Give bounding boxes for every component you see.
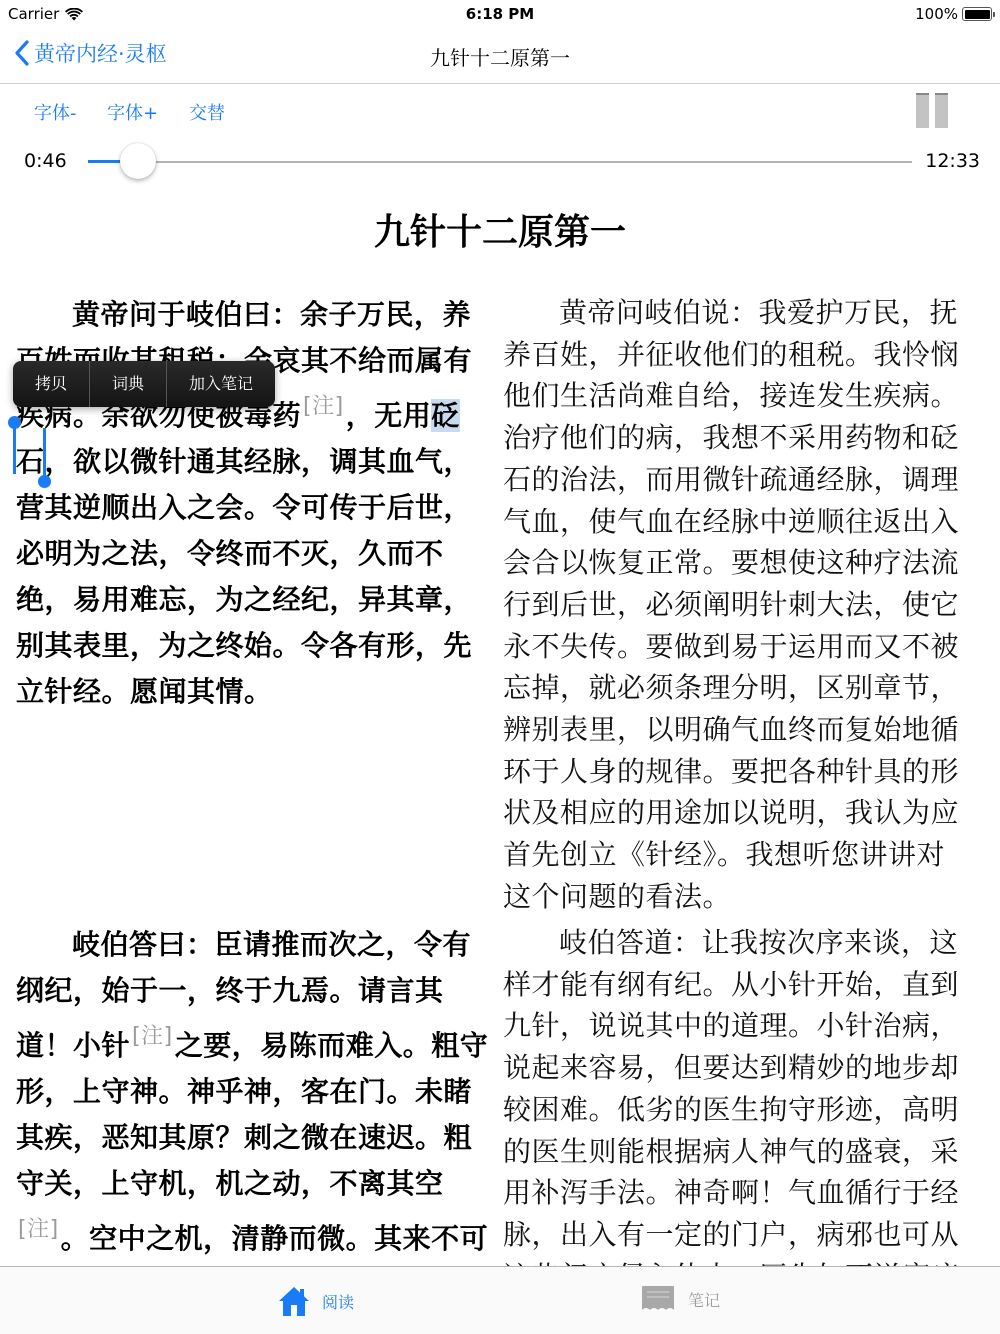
translation-paragraph-2: 岐伯答道：让我按次序来谈，这样才能有纲有纪。从小针开始，直到九针，说说其中的道理… xyxy=(503,922,965,1266)
nav-title: 九针十二原第一 xyxy=(0,42,1000,71)
notes-icon xyxy=(640,1285,676,1313)
translation-text: 岐伯答道：让我按次序来谈，这样才能有纲有纪。从小针开始，直到九针，说说其中的道理… xyxy=(503,922,965,1266)
audio-player: 0:46 12:33 xyxy=(0,140,1000,184)
tab-notes[interactable]: 笔记 xyxy=(640,1285,720,1313)
original-text: 石，欲以微针通其经脉，调其血气，营其逆顺出入之会。令可传于后世，必明为之法，令终… xyxy=(16,445,472,708)
pause-button[interactable] xyxy=(916,93,948,128)
pause-icon-bar-right xyxy=(935,93,948,128)
reader-toolbar: 字体- 字体+ 交替 xyxy=(0,85,1000,135)
selection-start-caret xyxy=(13,424,16,474)
add-note-menu-item[interactable]: 加入笔记 xyxy=(167,361,275,407)
selection-end-caret xyxy=(43,428,46,478)
text-selection-menu: 拷贝 词典 加入笔记 xyxy=(13,361,275,407)
selected-text[interactable]: 砭 xyxy=(431,399,460,432)
home-icon xyxy=(278,1285,310,1317)
battery-percent: 100% xyxy=(915,5,958,23)
tab-reading-label: 阅读 xyxy=(322,1290,354,1313)
progress-slider-track[interactable] xyxy=(88,161,912,163)
alternate-button[interactable]: 交替 xyxy=(189,99,225,125)
selection-end-handle[interactable] xyxy=(38,475,51,488)
battery-icon xyxy=(962,7,992,21)
original-text: 。空中之机，清静而微。其来不可逢，其往不可追。知机之 xyxy=(16,1222,488,1266)
font-increase-button[interactable]: 字体+ xyxy=(107,99,158,125)
pause-icon-bar-left xyxy=(916,93,929,128)
status-time: 6:18 PM xyxy=(0,5,1000,23)
dictionary-menu-item[interactable]: 词典 xyxy=(90,361,167,407)
translation-text: 黄帝问岐伯说：我爱护万民，抚养百姓，并征收他们的租税。我怜悯他们生活尚难自给，接… xyxy=(503,292,965,918)
original-paragraph-1[interactable]: 黄帝问于岐伯曰：余子万民，养百姓而收其租税；余哀其不给而属有疾病。余欲勿使被毒药… xyxy=(16,292,496,715)
chapter-title: 九针十二原第一 xyxy=(0,204,1000,255)
reading-content: 九针十二原第一 黄帝问于岐伯曰：余子万民，养百姓而收其租税；余哀其不给而属有疾病… xyxy=(0,184,1000,1266)
translation-paragraph-1: 黄帝问岐伯说：我爱护万民，抚养百姓，并征收他们的租税。我怜悯他们生活尚难自给，接… xyxy=(503,292,965,918)
annotation-link[interactable]: [注] xyxy=(132,1024,173,1049)
total-time: 12:33 xyxy=(925,150,980,172)
current-time: 0:46 xyxy=(24,150,67,172)
annotation-link[interactable]: [注] xyxy=(303,394,344,419)
tab-bar: 阅读 笔记 xyxy=(0,1266,1000,1334)
font-decrease-button[interactable]: 字体- xyxy=(34,99,77,125)
navigation-bar: 黄帝内经·灵枢 九针十二原第一 xyxy=(0,28,1000,84)
original-text: ，无用 xyxy=(346,399,432,432)
annotation-link[interactable]: [注] xyxy=(18,1217,59,1242)
copy-menu-item[interactable]: 拷贝 xyxy=(13,361,90,407)
battery-status: 100% xyxy=(915,5,992,23)
progress-slider-thumb[interactable] xyxy=(120,143,156,179)
tab-reading[interactable]: 阅读 xyxy=(278,1285,354,1317)
original-paragraph-2[interactable]: 岐伯答曰：臣请推而次之，令有纲纪，始于一，终于九焉。请言其道！小针[注]之要，易… xyxy=(16,922,496,1266)
tab-notes-label: 笔记 xyxy=(688,1288,720,1311)
status-bar: Carrier 6:18 PM 100% xyxy=(0,0,1000,28)
